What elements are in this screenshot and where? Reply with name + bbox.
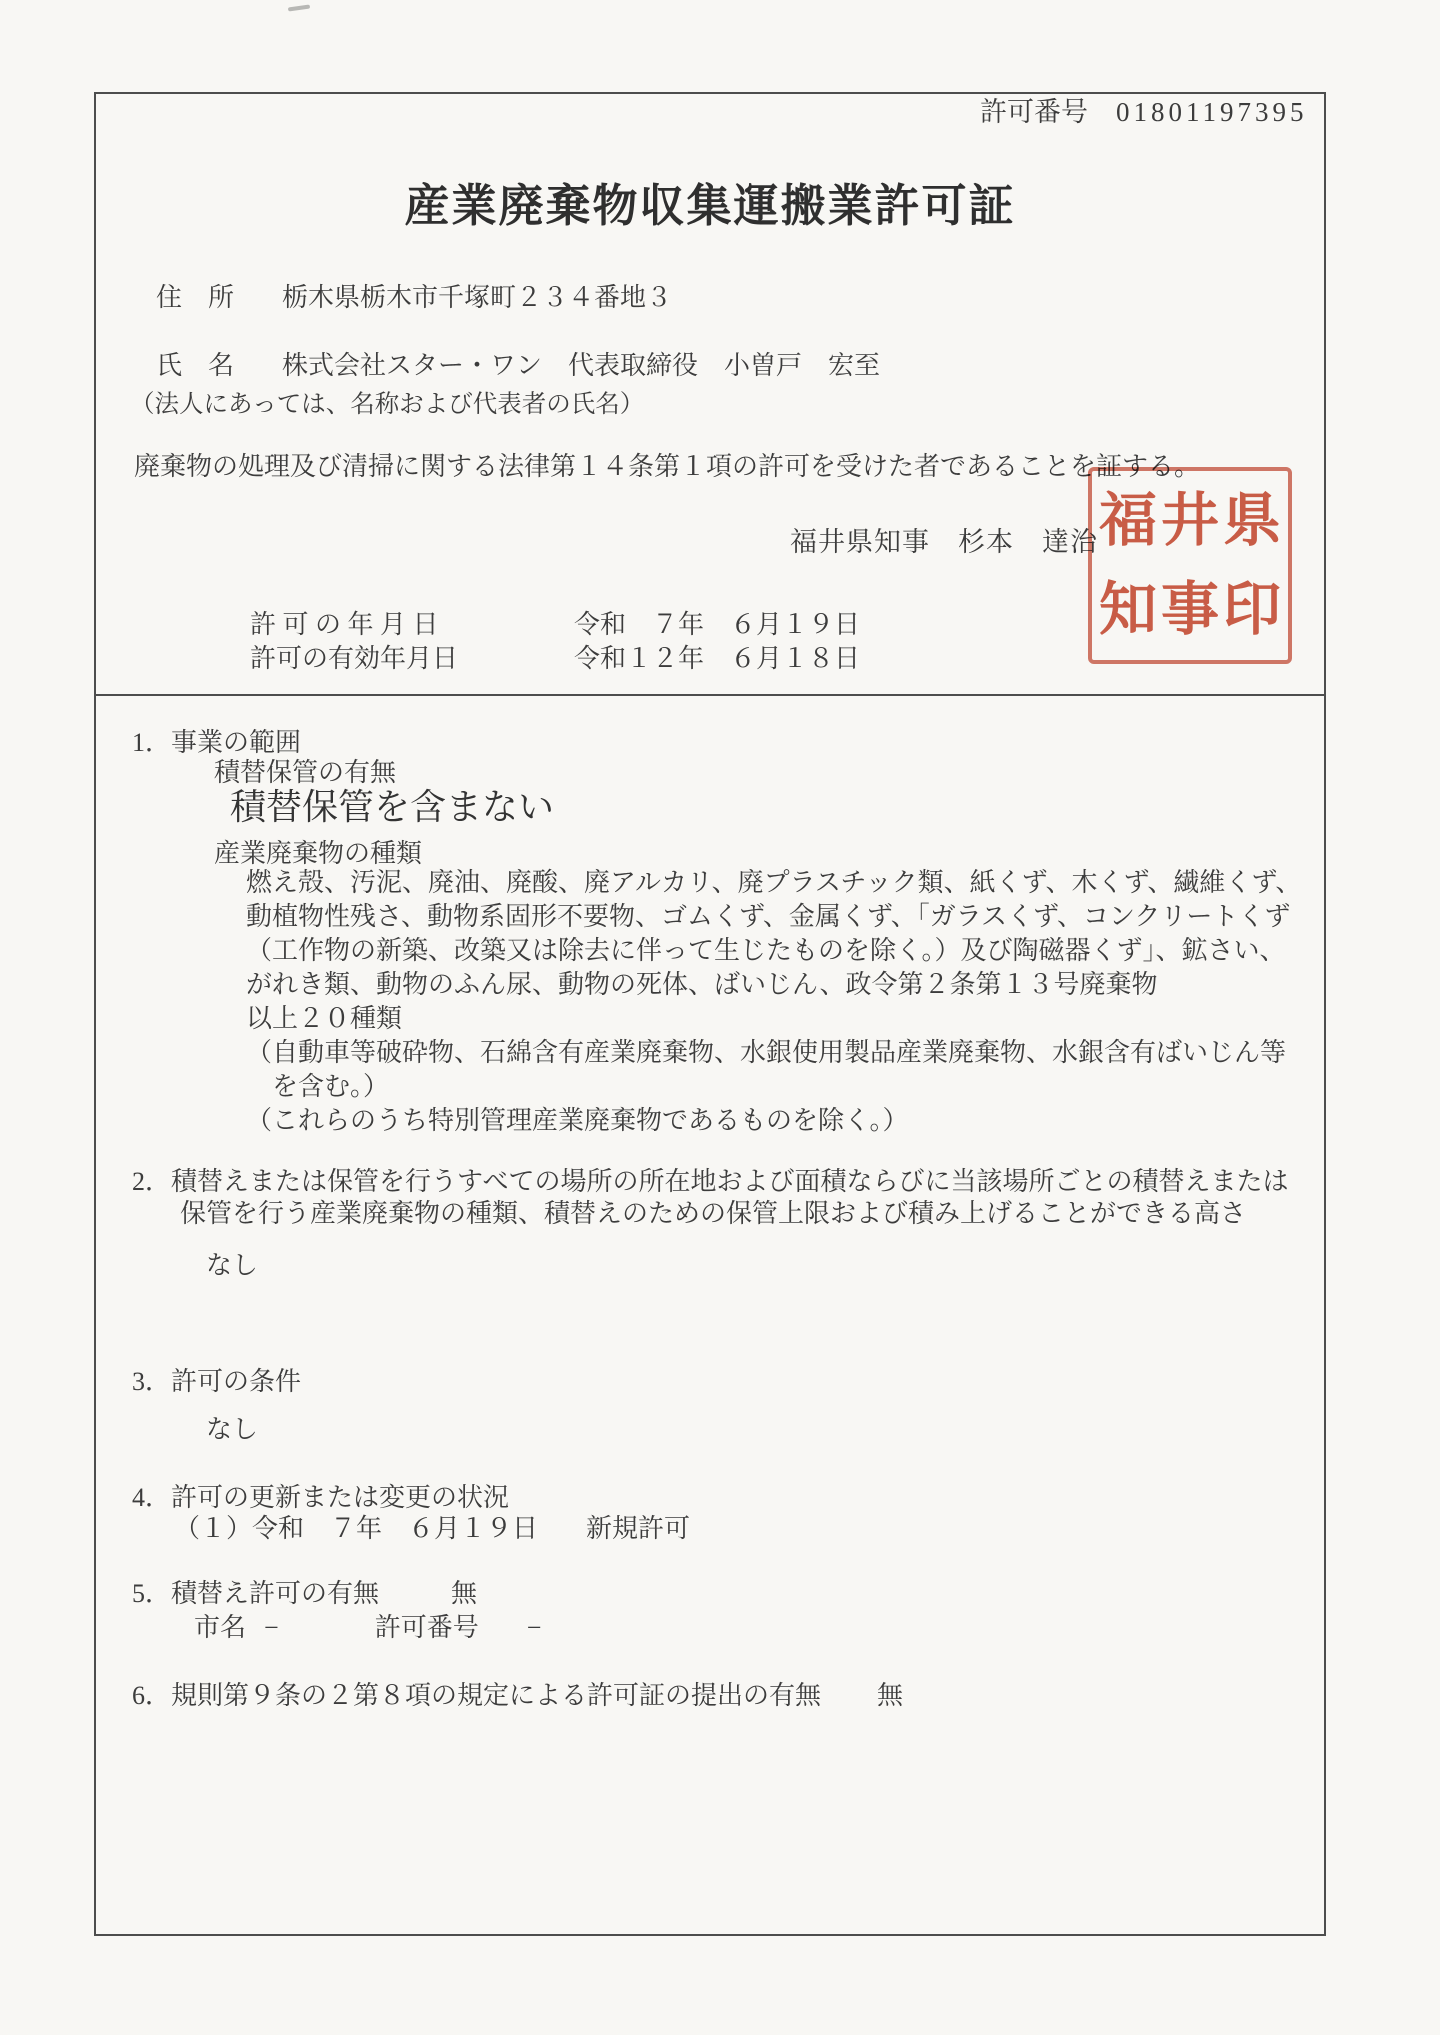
section4-entry-type: 新規許可 — [586, 1514, 690, 1543]
certification-statement: 廃棄物の処理及び清掃に関する法律第１４条第１項の許可を受けた者であることを証する… — [134, 451, 1200, 483]
section4-heading: 4．許可の更新または変更の状況 — [132, 1482, 509, 1514]
name-row: 氏 名株式会社スター・ワン 代表取締役 小曽戸 宏至 — [156, 350, 880, 382]
section5-city-row: 市名−許可番号− — [194, 1612, 541, 1644]
address-row: 住 所栃木県栃木市千塚町２３４番地３ — [156, 282, 672, 314]
permit-number-row: 許可番号01801197395 — [980, 96, 1308, 128]
scan-artifact — [288, 4, 310, 11]
section6-row: 6．規則第９条の２第８項の規定による許可証の提出の有無無 — [132, 1680, 903, 1712]
name-value: 株式会社スター・ワン 代表取締役 小曽戸 宏至 — [282, 351, 880, 380]
section-divider-line — [94, 694, 1326, 696]
stamp-char: 県 — [1221, 476, 1283, 566]
name-label: 氏 名 — [156, 351, 234, 380]
waste-line: （これらのうち特別管理産業廃棄物であるものを除く。） — [246, 1104, 1301, 1138]
section3-heading: 3．許可の条件 — [132, 1366, 301, 1398]
stamp-char: 事 — [1159, 566, 1221, 656]
permit-number-label: 許可番号 — [980, 97, 1088, 127]
waste-line: を含む。） — [246, 1070, 1301, 1104]
stamp-char: 印 — [1221, 566, 1283, 656]
stamp-char: 福 — [1097, 476, 1159, 566]
section5-heading-row: 5．積替え許可の有無無 — [132, 1578, 477, 1610]
name-note: （法人にあっては、名称および代表者の氏名） — [130, 389, 644, 421]
section1-transship-value: 積替保管を含まない — [230, 786, 554, 828]
expiry-date-row: 許可の有効年月日令和１２年 ６月１８日 — [250, 643, 860, 675]
waste-line: 動植物性残さ、動物系固形不要物、ゴムくず、金属くず、「ガラスくず、コンクリートく… — [246, 900, 1301, 934]
section4-entry-date: （１）令和 ７年 ６月１９日 — [174, 1514, 538, 1543]
section1-heading: 1．事業の範囲 — [132, 727, 301, 759]
expiry-date-label: 許可の有効年月日 — [250, 643, 574, 675]
section4-entry: （１）令和 ７年 ６月１９日新規許可 — [174, 1513, 690, 1545]
waste-line: （工作物の新築、改築又は除去に伴って生じたものを除く。）及び陶磁器くず」、鉱さい… — [246, 934, 1301, 968]
section1-waste-list: 燃え殻、汚泥、廃油、廃酸、廃アルカリ、廃プラスチック類、紙くず、木くず、繊維くず… — [246, 866, 1301, 1138]
section2-heading-line2: 保管を行う産業廃棄物の種類、積替えのための保管上限および積み上げることができる高… — [180, 1198, 1246, 1230]
permit-date-value: 令和 ７年 ６月１９日 — [574, 609, 860, 641]
waste-line: （自動車等破砕物、石綿含有産業廃棄物、水銀使用製品産業廃棄物、水銀含有ばいじん等 — [246, 1036, 1301, 1070]
stamp-char: 知 — [1097, 566, 1159, 656]
section6-heading: 6．規則第９条の２第８項の規定による許可証の提出の有無 — [132, 1681, 821, 1710]
section5-city-value: − — [264, 1613, 279, 1642]
section5-city-label: 市名 — [194, 1613, 246, 1642]
address-value: 栃木県栃木市千塚町２３４番地３ — [282, 283, 672, 312]
address-label: 住 所 — [156, 283, 234, 312]
section5-heading: 5．積替え許可の有無 — [132, 1579, 379, 1608]
document-title: 産業廃棄物収集運搬業許可証 — [94, 176, 1326, 236]
stamp-char: 井 — [1159, 476, 1221, 566]
permit-date-label: 許 可 の 年 月 日 — [250, 609, 574, 641]
governor-seal-stamp: 福 井 県 知 事 印 — [1088, 467, 1292, 664]
waste-line: 燃え殻、汚泥、廃油、廃酸、廃アルカリ、廃プラスチック類、紙くず、木くず、繊維くず… — [246, 866, 1301, 900]
issuer-governor: 福井県知事 杉本 達治 — [790, 526, 1098, 558]
expiry-date-value: 令和１２年 ６月１８日 — [574, 643, 860, 675]
section5-permit-value: − — [527, 1613, 542, 1642]
waste-line: 以上２０種類 — [246, 1002, 1301, 1036]
section3-value: なし — [206, 1414, 258, 1446]
permit-number-value: 01801197395 — [1116, 97, 1308, 127]
waste-line: がれき類、動物のふん尿、動物の死体、ばいじん、政令第２条第１３号廃棄物 — [246, 968, 1301, 1002]
section2-value: なし — [206, 1250, 258, 1282]
section5-permit-label: 許可番号 — [375, 1613, 479, 1642]
section1-transship-label: 積替保管の有無 — [214, 757, 396, 789]
section2-heading-line1: 2．積替えまたは保管を行うすべての場所の所在地および面積ならびに当該場所ごとの積… — [132, 1166, 1288, 1198]
section5-value: 無 — [451, 1579, 477, 1608]
section6-value: 無 — [877, 1681, 903, 1710]
permit-date-row: 許 可 の 年 月 日令和 ７年 ６月１９日 — [250, 609, 860, 641]
